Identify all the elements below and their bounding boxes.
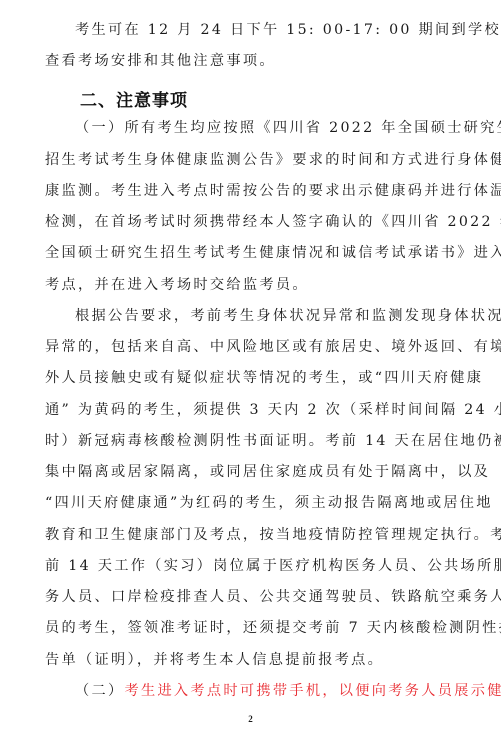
paragraph-3-line-11: 员的考生，签领准考证时，还须提交考前 7 天内核酸检测阴性报 [45,618,461,638]
paragraph-2-line-5: 全国硕士研究生招生考试考生健康情况和诚信考试承诺书》进入 [45,243,461,263]
paragraph-3-line-9: 前 14 天工作（实习）岗位属于医疗机构医务人员、公共场所服 [45,556,461,576]
paragraph-3-line-4: 通” 为黄码的考生，须提供 3 天内 2 次（采样时间间隔 24 小 [45,400,461,420]
item-number: （二） [75,683,124,699]
paragraph-3-line-7: “四川天府健康通”为红码的考生，须主动报告隔离地或居住地 [45,493,461,513]
paragraph-1-line-1: 考生可在 12 月 24 日下午 15: 00-17: 00 期间到学校罗江校区 [75,20,461,40]
paragraph-3-line-8: 教育和卫生健康部门及考点，按当地疫情防控管理规定执行。考 [45,525,461,545]
paragraph-2-line-3: 康监测。考生进入考点时需按公告的要求出示健康码并进行体温 [45,181,461,201]
highlighted-text: 考生进入考点时可携带手机，以便向考务人员展示健 [124,683,501,699]
page-number: 2 [0,714,501,724]
paragraph-3-line-2: 异常的，包括来自高、中风险地区或有旅居史、境外返回、有境 [45,337,461,357]
paragraph-3-line-5: 时）新冠病毒核酸检测阴性书面证明。考前 14 天在居住地仍被 [45,431,461,451]
paragraph-2-line-2: 招生考试考生身体健康监测公告》要求的时间和方式进行身体健 [45,150,461,170]
document-page: 考生可在 12 月 24 日下午 15: 00-17: 00 期间到学校罗江校区… [0,0,501,736]
paragraph-3-line-3: 外人员接触史或有疑似症状等情况的考生，或“四川天府健康 [45,368,461,388]
paragraph-1-line-2: 查看考场安排和其他注意事项。 [45,51,461,71]
paragraph-3-line-1: 根据公告要求，考前考生身体状况异常和监测发现身体状况 [75,306,461,326]
paragraph-2-line-4: 检测，在首场考试时须携带经本人签字确认的《四川省 2022 年 [45,212,461,232]
paragraph-2-line-1: （一）所有考生均应按照《四川省 2022 年全国硕士研究生 [75,118,461,138]
paragraph-3-line-12: 告单（证明），并将考生本人信息提前报考点。 [45,650,461,670]
paragraph-4-line-1: （二）考生进入考点时可携带手机，以便向考务人员展示健 [75,681,461,701]
section-heading: 二、注意事项 [80,86,188,111]
paragraph-3-line-10: 务人员、口岸检疫排查人员、公共交通驾驶员、铁路航空乘务人 [45,587,461,607]
paragraph-2-line-6: 考点，并在进入考场时交给监考员。 [45,275,461,295]
paragraph-3-line-6: 集中隔离或居家隔离，或同居住家庭成员有处于隔离中，以及 [45,462,461,482]
